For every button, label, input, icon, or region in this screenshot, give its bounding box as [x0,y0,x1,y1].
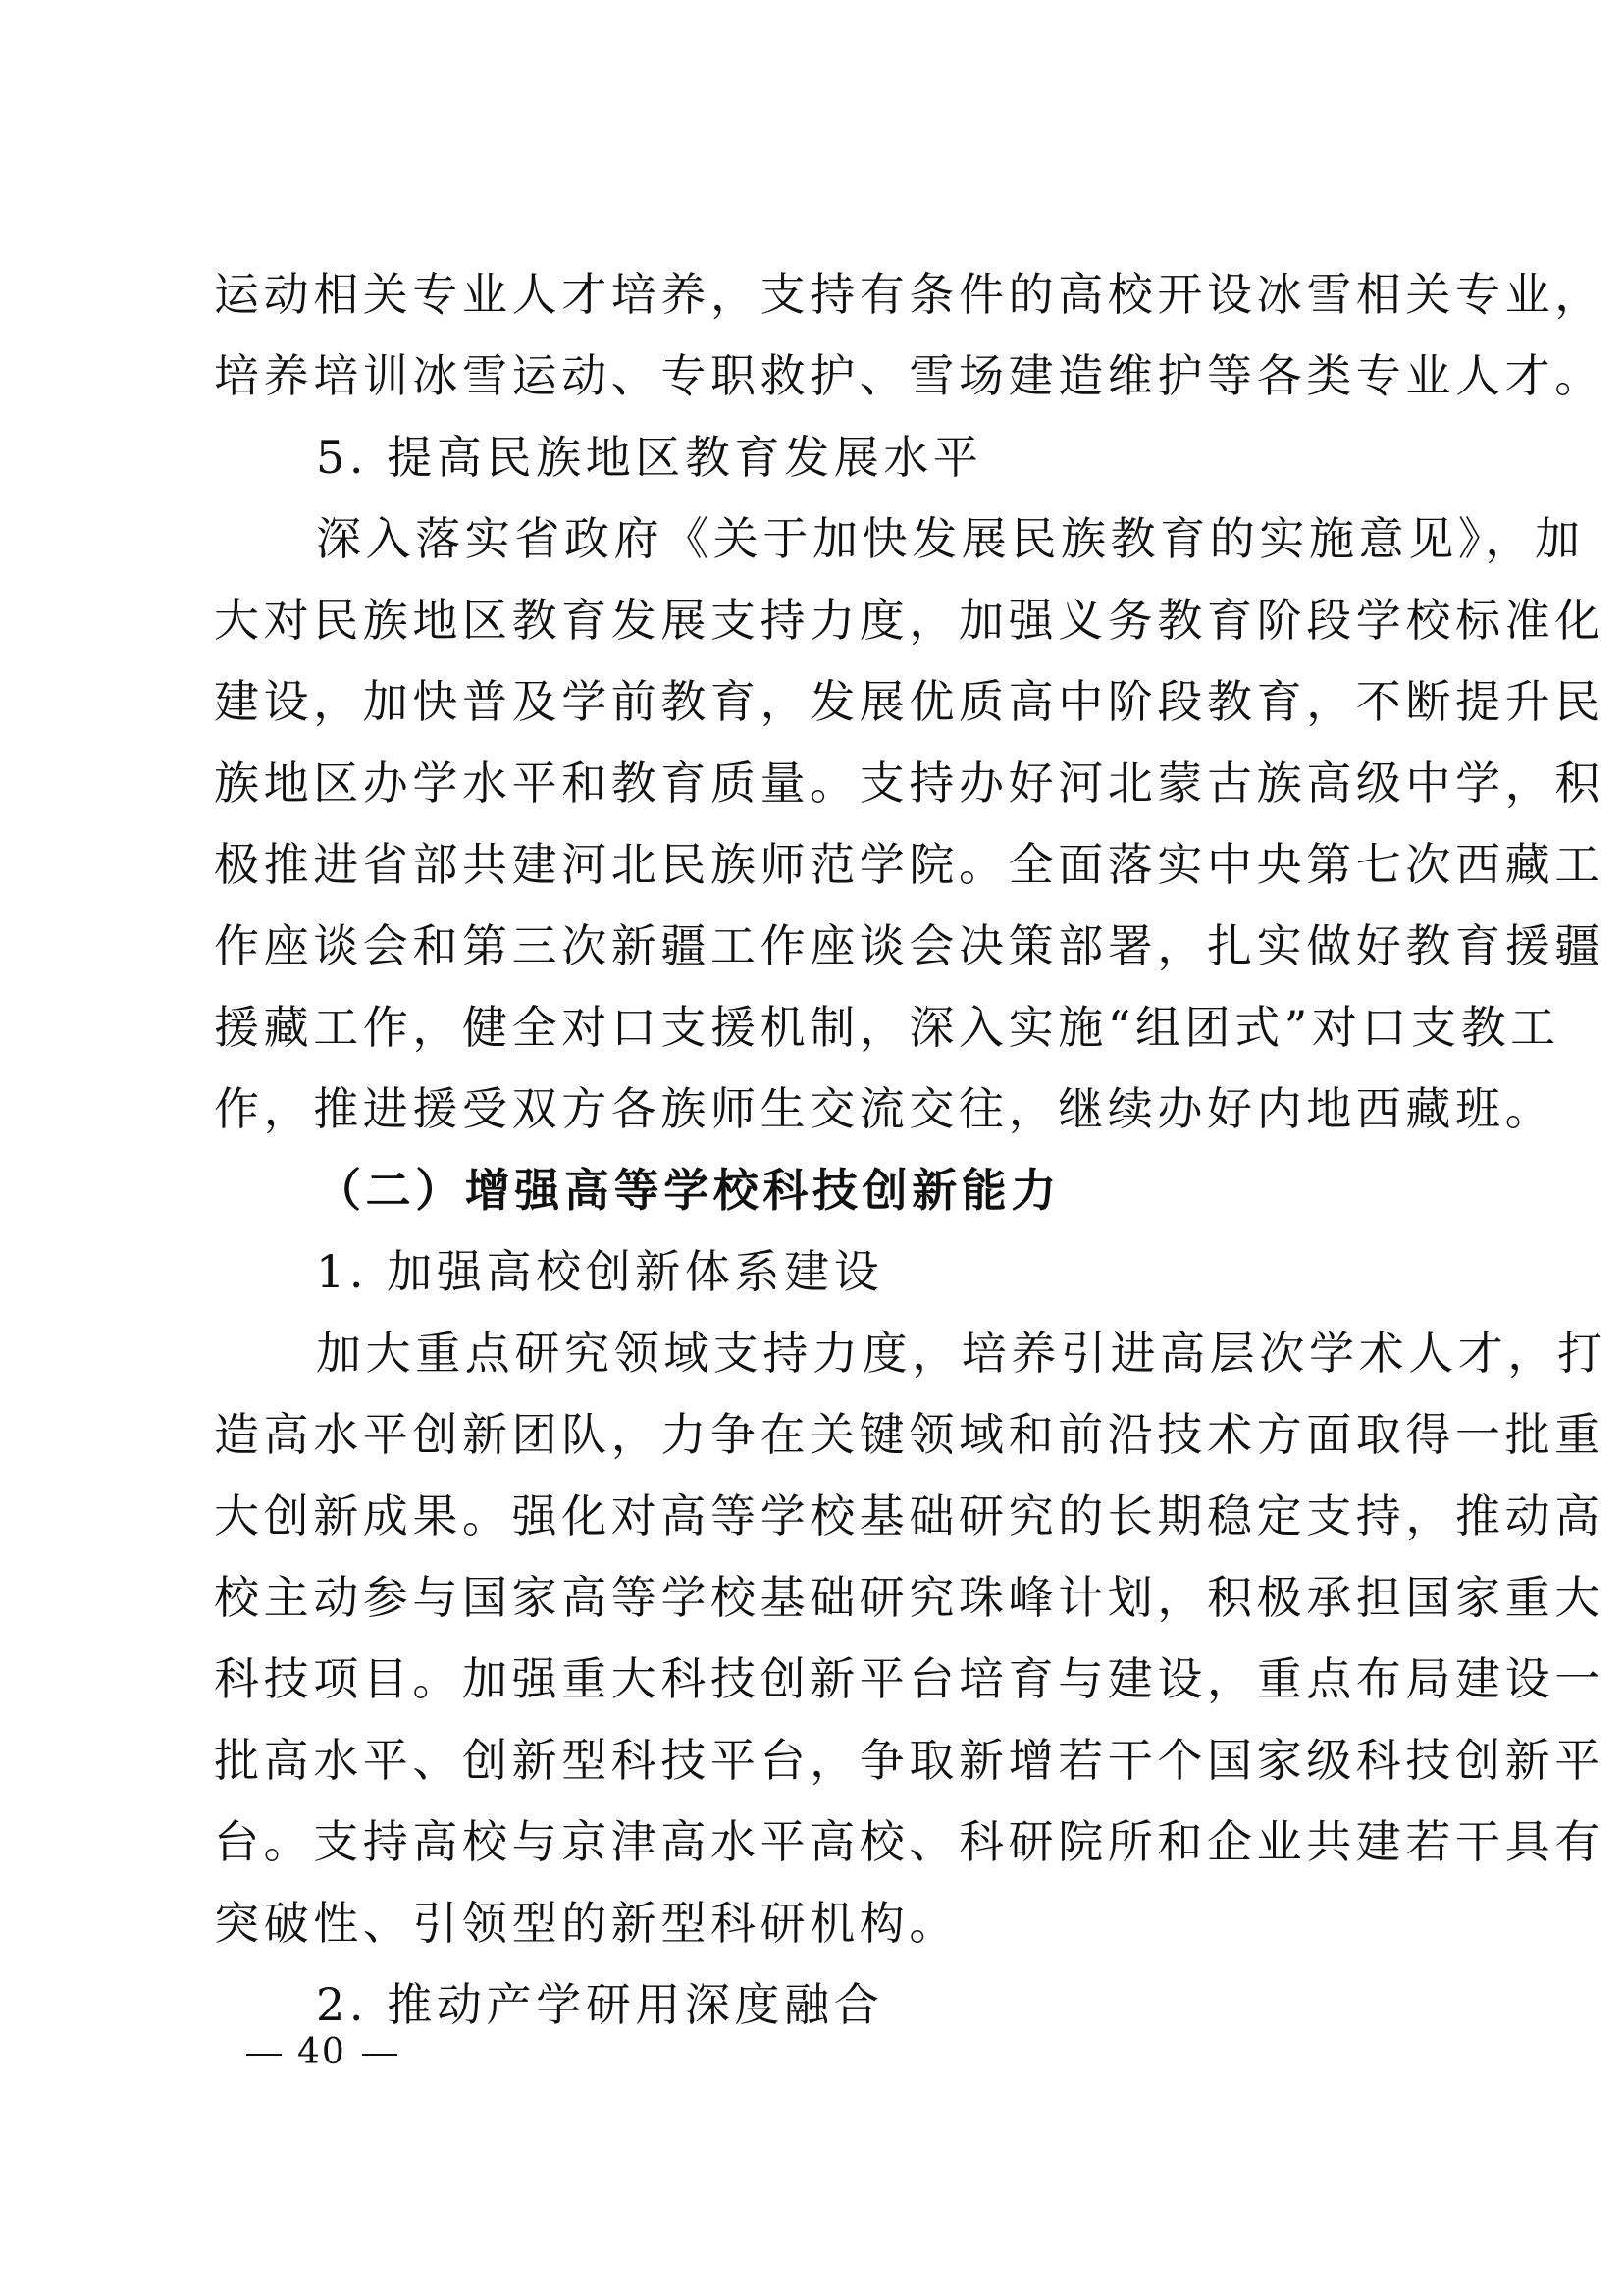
paragraph-line: 作座谈会和第三次新疆工作座谈会决策部署，扎实做好教育援疆 [214,916,1421,975]
chapter-heading: （二）增强高等学校科技创新能力 [316,1161,1421,1220]
dash-left [246,2054,282,2056]
paragraph-line: 运动相关专业人才培养，支持有条件的高校开设冰雪相关专业， [214,265,1421,324]
paragraph-line: 校主动参与国家高等学校基础研究珠峰计划，积极承担国家重大 [214,1568,1421,1627]
paragraph-line: 科技项目。加强重大科技创新平台培育与建设，重点布局建设一 [214,1649,1421,1708]
paragraph-line: 族地区办学水平和教育质量。支持办好河北蒙古族高级中学，积 [214,754,1421,812]
paragraph-line: 作，推进援受双方各族师生交流交往，继续办好内地西藏班。 [214,1079,1421,1138]
page-number-value: 40 [297,2032,346,2072]
paragraph-line: 大创新成果。强化对高等学校基础研究的长期稳定支持，推动高 [214,1487,1421,1545]
paragraph-line: 深入落实省政府《关于加快发展民族教育的实施意见》，加 [316,509,1421,568]
paragraph-line: 建设，加快普及学前教育，发展优质高中阶段教育，不断提升民 [214,672,1421,731]
paragraph-line: 培养培训冰雪运动、专职救护、雪场建造维护等各类专业人才。 [214,346,1421,405]
section-heading: 5. 提高民族地区教育发展水平 [316,428,1421,487]
dash-right [362,2054,397,2056]
paragraph-line: 援藏工作，健全对口支援机制，深入实施“组团式”对口支教工 [214,998,1421,1057]
paragraph-line: 加大重点研究领域支持力度，培养引进高层次学术人才，打 [316,1324,1421,1383]
document-page: 运动相关专业人才培养，支持有条件的高校开设冰雪相关专业， 培养培训冰雪运动、专职… [0,0,1624,2296]
paragraph-line: 极推进省部共建河北民族师范学院。全面落实中央第七次西藏工 [214,835,1421,894]
section-heading: 2. 推动产学研用深度融合 [316,1975,1421,2034]
section-heading: 1. 加强高校创新体系建设 [316,1242,1421,1301]
page-number: 40 [231,2029,413,2076]
paragraph-line: 台。支持高校与京津高水平高校、科研院所和企业共建若干具有 [214,1812,1421,1871]
paragraph-line: 大对民族地区教育发展支持力度，加强义务教育阶段学校标准化 [214,591,1421,650]
paragraph-line: 突破性、引领型的新型科研机构。 [214,1894,1421,1953]
paragraph-line: 批高水平、创新型科技平台，争取新增若干个国家级科技创新平 [214,1731,1421,1790]
paragraph-line: 造高水平创新团队，力争在关键领域和前沿技术方面取得一批重 [214,1405,1421,1464]
